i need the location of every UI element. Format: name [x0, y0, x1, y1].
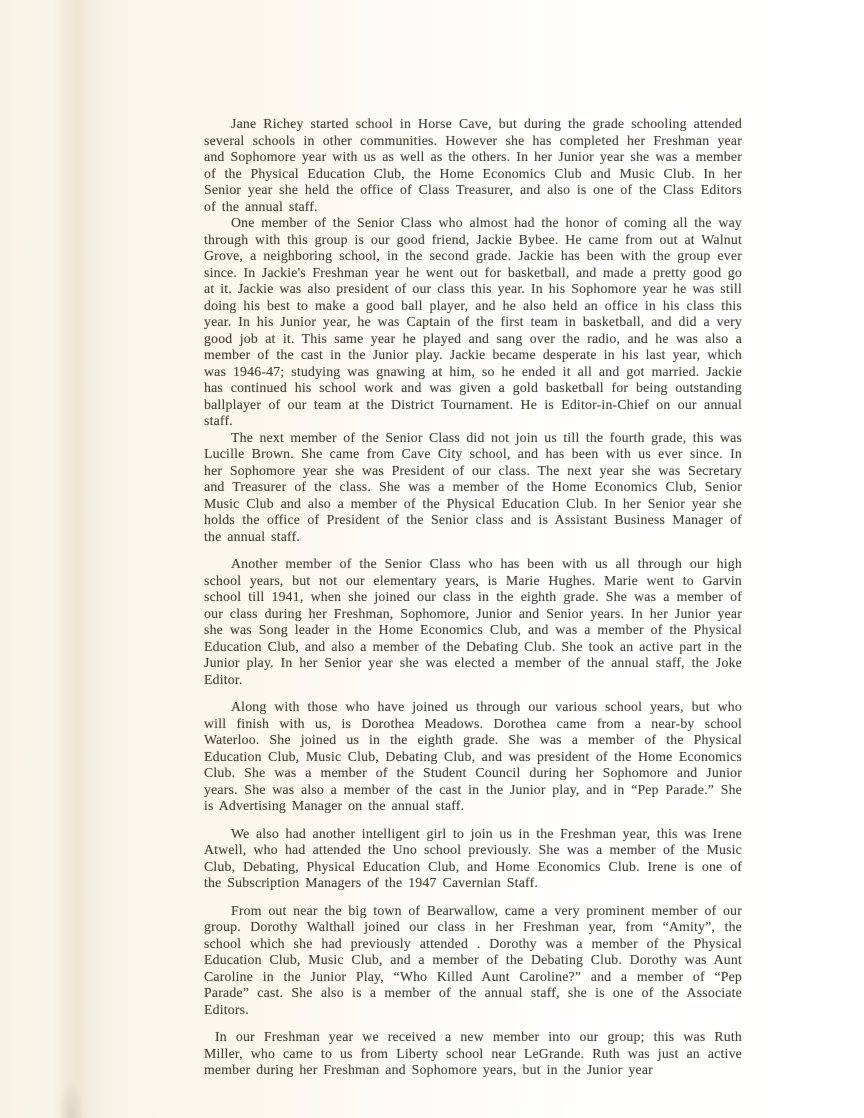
paragraph-jackie-bybee: One member of the Senior Class who almos… [204, 215, 742, 430]
paragraph-dorothy-walthall: From out near the big town of Bearwallow… [204, 903, 742, 1019]
scan-smudge [58, 1078, 84, 1118]
paragraph-ruth-miller: In our Freshman year we received a new m… [204, 1029, 742, 1079]
paragraph-irene-atwell: We also had another intelligent girl to … [204, 826, 742, 892]
paragraph-dorothea-meadows: Along with those who have joined us thro… [204, 699, 742, 815]
paragraph-lucille-brown: The next member of the Senior Class did … [204, 430, 742, 546]
page-text-block: Jane Richey started school in Horse Cave… [204, 116, 742, 1079]
paragraph-marie-hughes: Another member of the Senior Class who h… [204, 556, 742, 688]
scanned-page: Jane Richey started school in Horse Cave… [0, 0, 864, 1118]
paragraph-jane-richey: Jane Richey started school in Horse Cave… [204, 116, 742, 215]
